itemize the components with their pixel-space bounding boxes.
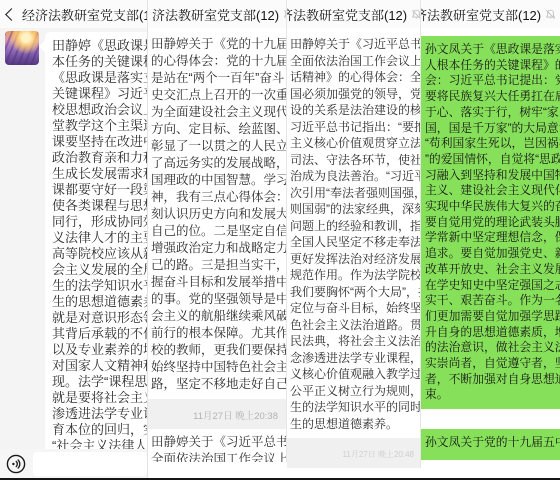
message-line: 念渗透进法学专业课程，将	[290, 350, 420, 367]
message-line: 们更加需要自觉加强学思践	[425, 309, 560, 325]
message-line: 田静婷《思政课是	[52, 38, 147, 54]
message-line: 孙文凤关于党的十九届五中	[425, 435, 560, 451]
message-line: 以及专业素养的培	[52, 342, 147, 358]
message-line: 司法、守法各环节，使社会	[290, 152, 420, 169]
chat-collage: 经济法教研室党支部(1 田静婷《思政课是本任务的关键课程《思政课是落实立关键课程…	[0, 0, 560, 486]
message-line: 关键课程》习近平	[52, 86, 147, 102]
message-line: 规范作用。作为法学院校的	[290, 267, 420, 284]
message-line: 会：习近平总书记提出：党	[425, 73, 560, 89]
message-line: 学常新中坚定理想信念，保	[425, 230, 560, 246]
timestamp: 11月27日 晚上20:38	[193, 408, 278, 422]
message-line: 的法治意识，做社会主义法	[425, 340, 560, 356]
message-line: 升自身的思想道德素质，增	[425, 325, 560, 341]
message-line: 民法典，将社会主义法治的	[290, 333, 420, 350]
message-text: 孙文凤关于党的十九届五中	[425, 435, 560, 451]
message-line: 彰显了一以贯之的人民立	[151, 138, 286, 155]
message-line: 生成长发展需求和	[52, 166, 147, 182]
sent-message-bubble: 孙文凤关于党的十九届五中	[421, 429, 560, 460]
message-line: 对国家人文精神和	[52, 358, 147, 374]
message-gap	[421, 409, 560, 429]
message-line: 堂教学这个主渠道	[52, 118, 147, 134]
message-line: 全面依法治国工作会议上的	[290, 53, 420, 70]
chat-header: 济法教研室党支部(12)	[287, 0, 420, 28]
message-line: 要自觉用党的理论武装头脑	[425, 215, 560, 231]
message-line: 己的路。三是担当实干，	[151, 257, 286, 274]
message-line: 定位与奋斗目标，始终坚持	[290, 300, 420, 317]
chat-window-4: 济法教研室党支部(12) 孙文凤关于《思政课是落实人根本任务的关键课程》的会：习…	[421, 0, 560, 460]
chat-window-2: 济法教研室党支部(12) 田静婷关于《党的十九届五的心得体会：党的十九届五是站在…	[148, 0, 287, 462]
message-line: 前行的根本保障。尤其作	[151, 325, 286, 342]
chat-title: 济法教研室党支部(12)	[421, 5, 541, 24]
message-line: 国理政的中国智慧。学习	[151, 172, 286, 189]
message-line: 话精神》的心得体会：全面	[290, 69, 420, 86]
message-line: 政治教育亲和力和	[52, 150, 147, 166]
message-text: 田静婷《思政课是本任务的关键课程《思政课是落实立关键课程》习近平校思想政治会议上…	[52, 38, 147, 449]
message-line: 田静婷关于《习近平总书记	[290, 36, 420, 53]
message-line: 追求。要自觉加强党史、新	[425, 246, 560, 262]
message-line: 生的思想道德素养。	[290, 416, 420, 433]
message-line: 的心得体会：党的十九届五	[151, 53, 286, 70]
message-text: 田静婷关于《习近平总书全面依法治国工作会议上	[151, 434, 286, 462]
message-text: 田静婷关于《党的十九届五的心得体会：党的十九届五是站在“两个一百年”奋斗史交汇点…	[151, 36, 286, 393]
message-line: 校思想政治会议上	[52, 102, 147, 118]
message-line: 校的教师，更我们要保持	[151, 342, 286, 359]
bubble-tail	[39, 40, 52, 53]
chat-window-3: 济法教研室党支部(12) 田静婷关于《习近平总书记全面依法治国工作会议上的话精神…	[287, 0, 421, 468]
chat-title: 济法教研室党支部(12)	[152, 5, 279, 24]
message-line: 田静婷关于《习近平总书	[151, 434, 286, 451]
message-bubble: 田静婷关于《习近平总书记全面依法治国工作会议上的话精神》的心得体会：全面国必须加…	[287, 32, 420, 438]
message-line: 次引用“奉法者强则国强，	[290, 185, 420, 202]
message-bubble: 田静婷《思政课是本任务的关键课程《思政课是落实立关键课程》习近平校思想政治会议上…	[45, 32, 147, 449]
message-input[interactable]	[33, 452, 147, 476]
message-line: 于心、落实于行，树牢“家	[425, 105, 560, 121]
message-line: 我们要胸怀“两个大局”，把	[290, 284, 420, 301]
chevron-left-icon[interactable]	[5, 8, 18, 21]
message-line: 为全面建设社会主义现代	[151, 104, 286, 121]
message-line: 国，国是千万家”的大局意识	[425, 121, 560, 137]
message-bubble: 田静婷关于《习近平总书全面依法治国工作会议上	[148, 429, 286, 462]
chat-window-1: 经济法教研室党支部(1 田静婷《思政课是本任务的关键课程《思政课是落实立关键课程…	[0, 0, 148, 479]
message-line: 史交汇点上召开的一次重要	[151, 87, 286, 104]
message-line: 会主义发展的全局	[52, 262, 147, 278]
chat-windows: 经济法教研室党支部(1 田静婷《思政课是本任务的关键课程《思政课是落实立关键课程…	[0, 0, 560, 479]
message-line: 生的法学知识水平	[52, 278, 147, 294]
message-line: 路，坚定不移地走好自己	[151, 376, 286, 393]
message-line: 现。法学“课程思	[52, 374, 147, 390]
sent-message-bubble: 孙文凤关于《思政课是落实人根本任务的关键课程》的会：习近平总书记提出：党要将民族…	[421, 36, 560, 409]
chat-title: 济法教研室党支部(12)	[287, 5, 407, 24]
message-line: 渗透进法学专业课	[52, 406, 147, 422]
timestamp: 11月27日 晚上20:48	[343, 449, 414, 460]
message-line: 主义、建设社会主义现代化	[425, 183, 560, 199]
message-line: 田静婷关于《党的十九届五	[151, 36, 286, 53]
message-line: 就是要将社会主义	[52, 390, 147, 406]
message-line: 人根本任务的关键课程》的	[425, 58, 560, 74]
message-line: 是站在“两个一百年”奋斗	[151, 70, 286, 87]
message-line: 色社会主义法治道路。贯彻	[290, 317, 420, 334]
timestamp-band: 11月27日 晚上20:48	[287, 438, 420, 468]
message-line: 习近平总书记指出：“要推进	[290, 119, 420, 136]
message-line: 实现中华民族伟大复兴的奋	[425, 199, 560, 215]
message-line: 育本位的回归，实	[52, 422, 147, 438]
message-line: 了高远务实的发展战略，	[151, 155, 286, 172]
message-input-bar	[0, 449, 147, 479]
message-line: 就是对意识形态领	[52, 310, 147, 326]
message-line: 义法律人才的主要	[52, 230, 147, 246]
chat-area: 田静婷《思政课是本任务的关键课程《思政课是落实立关键课程》习近平校思想政治会议上…	[0, 28, 147, 449]
message-bubble: 田静婷关于《党的十九届五的心得体会：党的十九届五是站在“两个一百年”奋斗史交汇点…	[148, 32, 286, 399]
message-line: 更好发挥法治对经济发展的	[290, 251, 420, 268]
message-line: 实干、艰苦奋斗。作为一名	[425, 293, 560, 309]
bottom-border	[0, 478, 560, 480]
message-line: 则国弱”的法家经典，深刻	[290, 201, 420, 218]
message-line: 神，我有三点心得体会：	[151, 189, 286, 206]
message-line: 本任务的关键课程	[52, 54, 147, 70]
message-line: 治成为良法善治。“习近平	[290, 168, 420, 185]
chat-title: 经济法教研室党支部(1	[22, 5, 147, 24]
message-text: 孙文凤关于《思政课是落实人根本任务的关键课程》的会：习近平总书记提出：党要将民族…	[425, 42, 560, 403]
message-line: 全国人民坚定不移走奉法强	[290, 234, 420, 251]
message-line: 习融入到坚持和发展中国特	[425, 168, 560, 184]
message-line: 始终坚持中国特色社会主	[151, 359, 286, 376]
message-line: 自己的位。二是坚定自信	[151, 223, 286, 240]
timestamp-band: 11月27日 晚上20:38	[148, 399, 286, 429]
bell-mute-icon	[411, 9, 420, 20]
message-line: 问题上的经验和教训，指引	[290, 218, 420, 235]
message-line: 握奋斗目标和发展举措中	[151, 274, 286, 291]
message-line: 要将民族复兴大任勇扛在肩	[425, 89, 560, 105]
message-line: 方向、定目标、绘蓝图、	[151, 121, 286, 138]
message-line: 主义核心价值观贯穿立法、	[290, 135, 420, 152]
message-line: 会主义的航船继续乘风破	[151, 308, 286, 325]
message-line: 全面依法治国工作会议上	[151, 451, 286, 462]
chat-header: 济法教研室党支部(12)	[148, 0, 286, 28]
message-line: 《思政课是落实立	[52, 70, 147, 86]
message-line: 束。	[425, 387, 560, 403]
bell-mute-icon	[283, 9, 286, 20]
chat-header: 济法教研室党支部(12)	[421, 0, 560, 28]
bell-mute-icon	[545, 9, 556, 20]
message-line: 同行，形成协同效	[52, 214, 147, 230]
message-line: 公平正义树立行为规则，在	[290, 383, 420, 400]
message-line: 课要坚持在改进中	[52, 134, 147, 150]
message-line: 实崇尚者，自觉遵守者，坚	[425, 356, 560, 372]
message-line: “社会主义法律人	[52, 438, 147, 449]
message-line: 设的关系是法治建设的核心	[290, 102, 420, 119]
message-line: 使各类课程与思想	[52, 198, 147, 214]
voice-wave-icon[interactable]	[6, 454, 26, 474]
message-line: 课都要守好一段渠	[52, 182, 147, 198]
message-line: 生的法学知识水平的同时，	[290, 399, 420, 416]
message-line: 国必须加强党的领导，党和	[290, 86, 420, 103]
chat-header: 经济法教研室党支部(1	[0, 0, 147, 28]
message-line: ”的爱国情怀，自觉将“思政	[425, 152, 560, 168]
message-line: 生的思想道德素养	[52, 294, 147, 310]
message-line: 高等院校应该从新	[52, 246, 147, 262]
message-text: 田静婷关于《习近平总书记全面依法治国工作会议上的话精神》的心得体会：全面国必须加…	[290, 36, 420, 432]
message-line: 增强政治定力和战略定力	[151, 240, 286, 257]
message-line: 者，不断加强对自身思想道	[425, 372, 560, 388]
avatar[interactable]	[5, 31, 39, 65]
message-line: 义核心价值观融入教学过程	[290, 366, 420, 383]
message-line: 在学史知史中坚定强国之志	[425, 278, 560, 294]
message-line: 改革开放史、社会主义发展	[425, 262, 560, 278]
message-line: 刻认识历史方向和发展大	[151, 206, 286, 223]
message-line: 其背后承载的不仅	[52, 326, 147, 342]
message-line: 孙文凤关于《思政课是落实	[425, 42, 560, 58]
message-line: 的事。党的坚强领导是中	[151, 291, 286, 308]
message-line: “苟利国家生死以，岂因祸福	[425, 136, 560, 152]
